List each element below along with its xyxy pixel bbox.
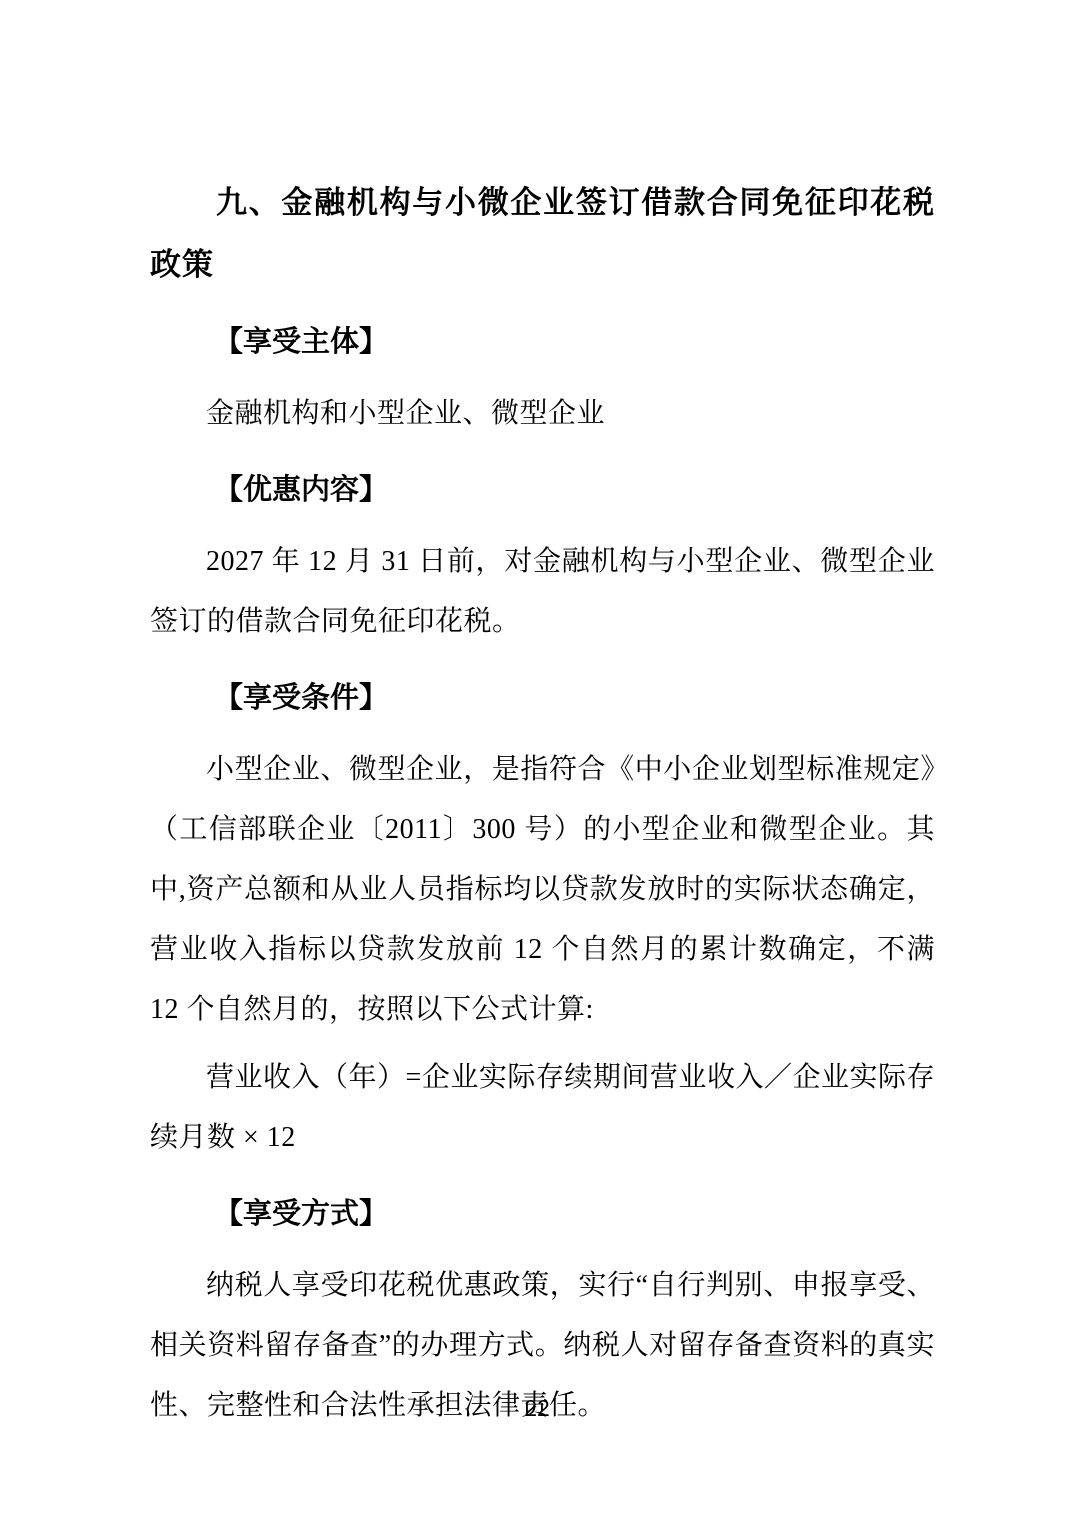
section-heading-conditions: 【享受条件】 [150, 676, 935, 720]
section-heading-policy-content: 【优惠内容】 [150, 468, 935, 512]
paragraph-policy-content: 2027 年 12 月 31 日前，对金融机构与小型企业、微型企业签订的借款合同… [150, 532, 935, 652]
section-heading-method: 【享受方式】 [150, 1192, 935, 1236]
paragraph-eligible-entities: 金融机构和小型企业、微型企业 [150, 384, 935, 444]
section-heading-eligible-entities: 【享受主体】 [150, 320, 935, 364]
paragraph-conditions: 小型企业、微型企业，是指符合《中小企业划型标准规定》（工信部联企业〔2011〕3… [150, 740, 935, 1040]
page-content: 九、金融机构与小微企业签订借款合同免征印花税政策 【享受主体】 金融机构和小型企… [0, 0, 1074, 1436]
paragraph-conditions-formula: 营业收入（年）=企业实际存续期间营业收入／企业实际存续月数 × 12 [150, 1048, 935, 1168]
document-page: 九、金融机构与小微企业签订借款合同免征印花税政策 【享受主体】 金融机构和小型企… [0, 0, 1074, 1520]
page-number: 22 [0, 1395, 1074, 1422]
page-title: 九、金融机构与小微企业签订借款合同免征印花税政策 [150, 172, 935, 296]
